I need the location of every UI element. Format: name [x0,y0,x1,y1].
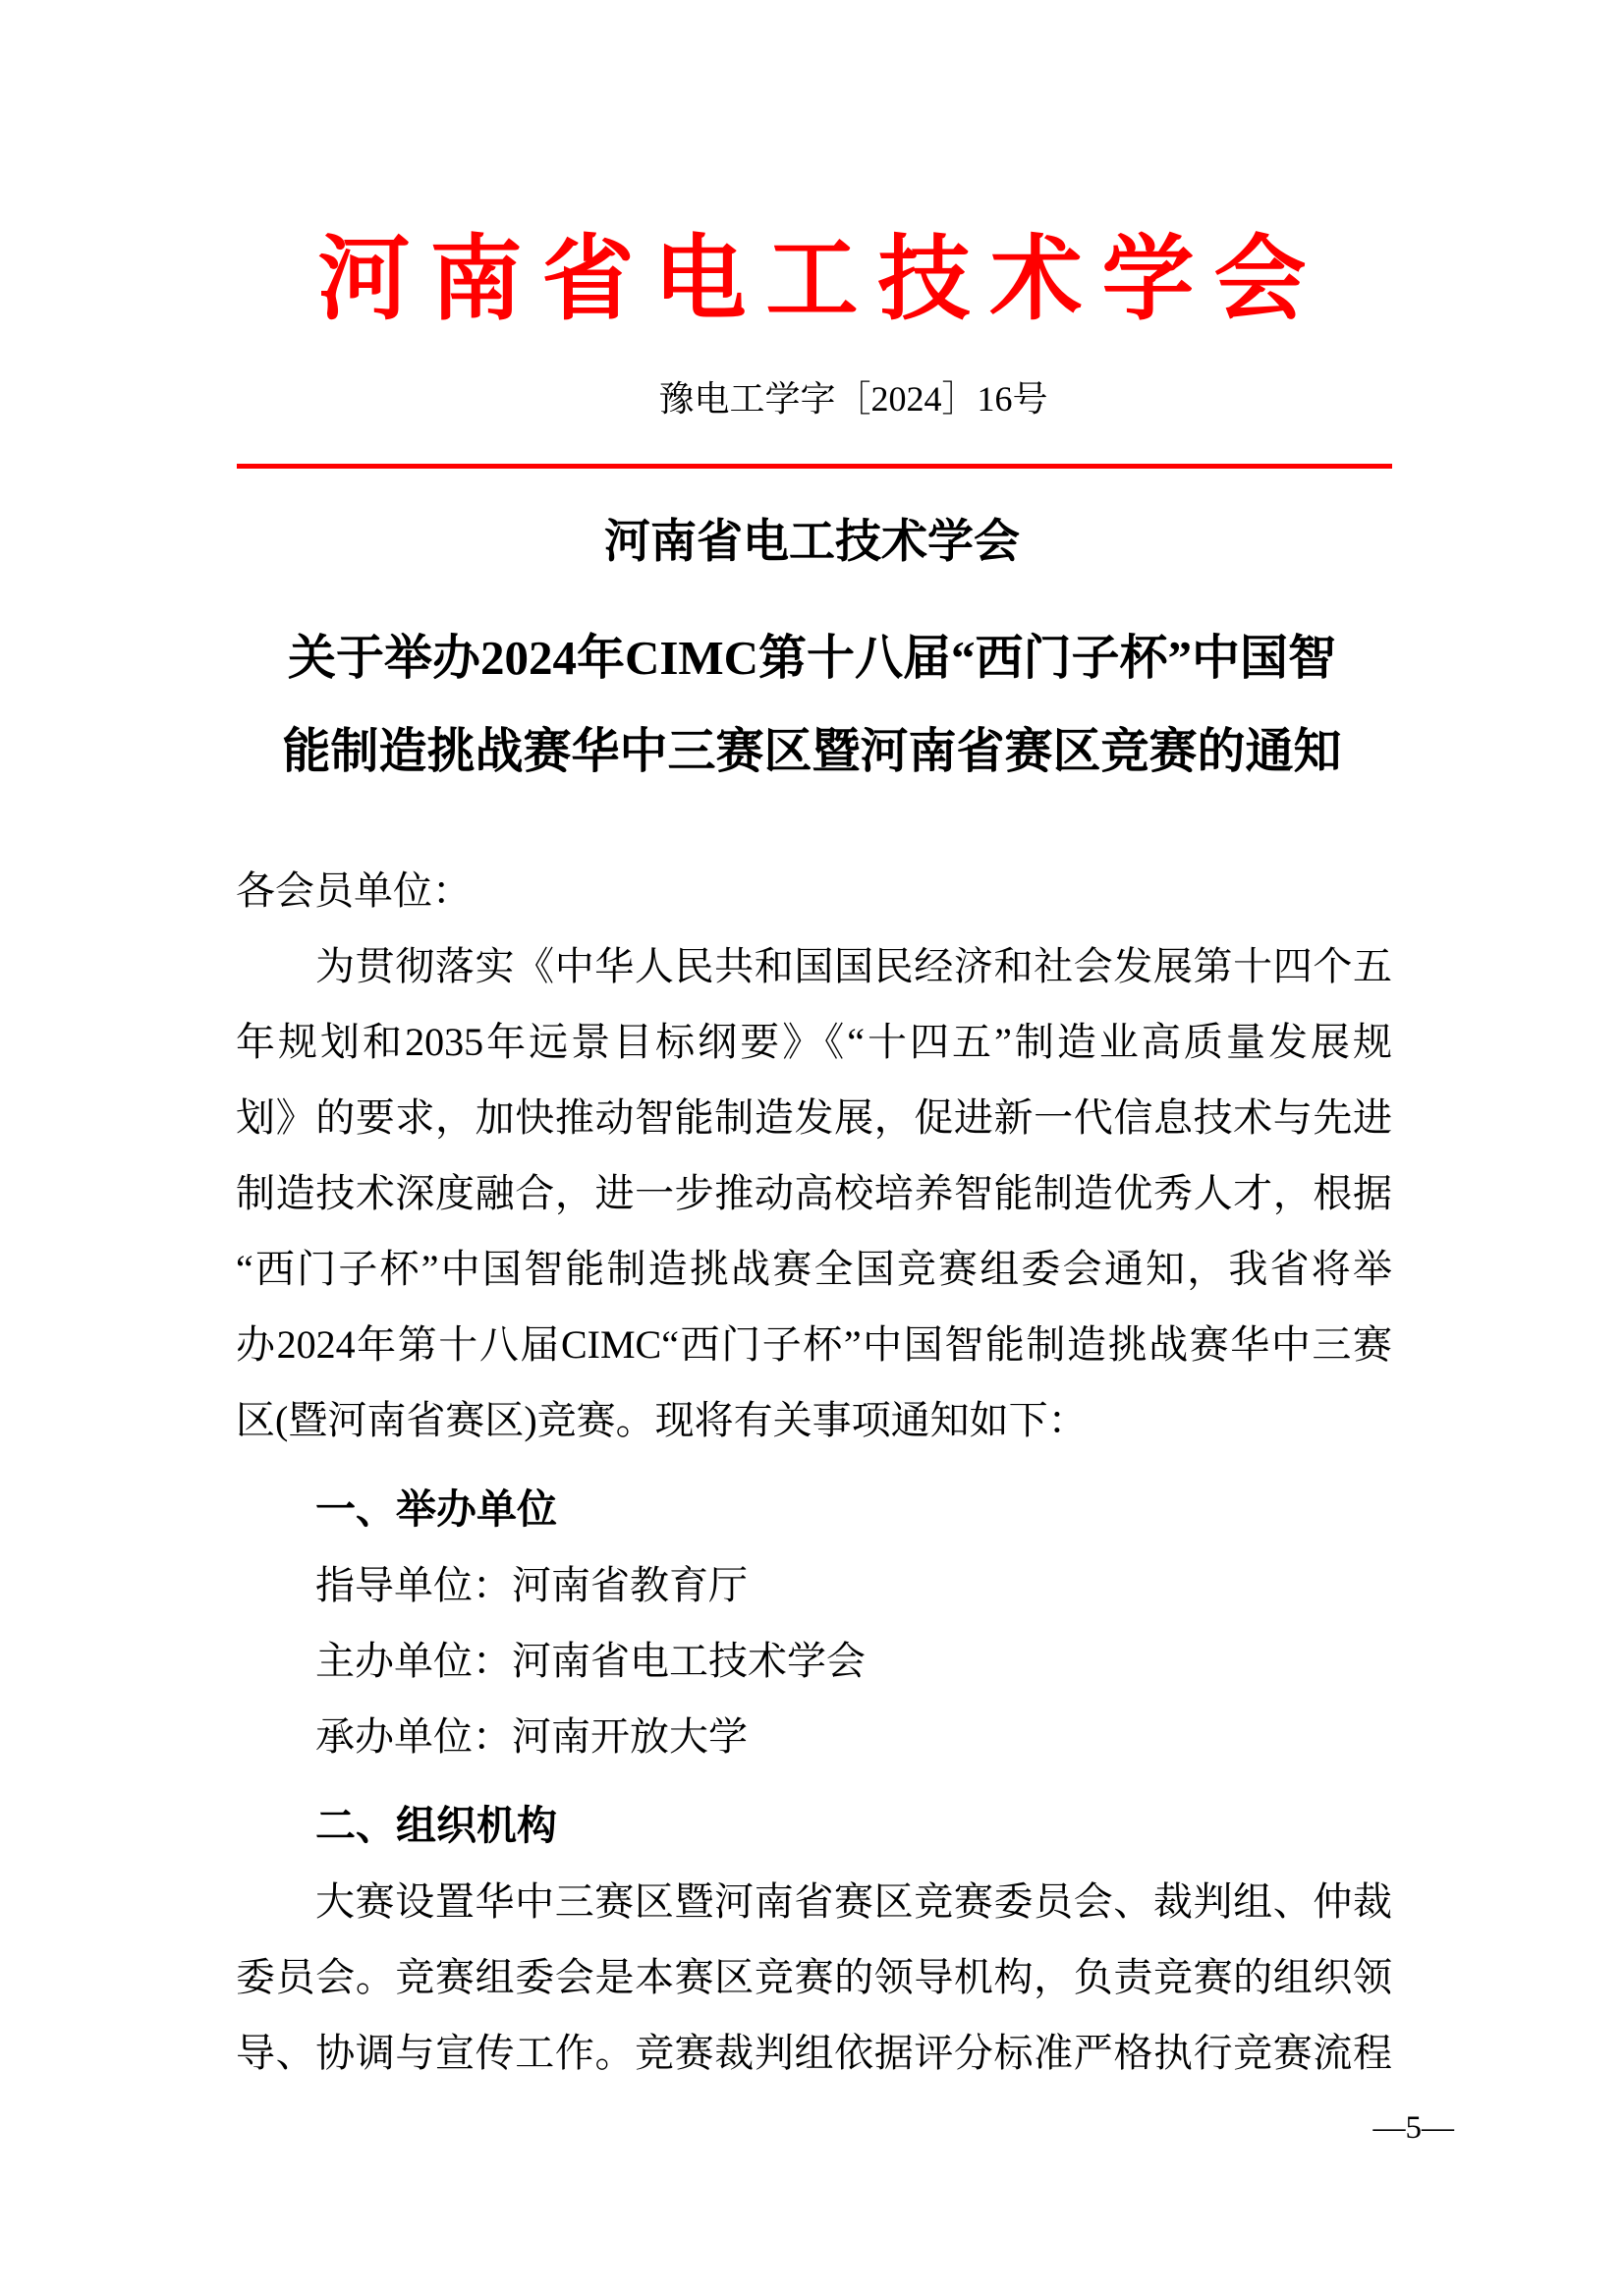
body-line: 为贯彻落实《中华人民共和国国民经济和社会发展第十四个五 [236,928,1392,1004]
body-line: 办2024年第十八届CIMC“西门子杯”中国智能制造挑战赛华中三赛 [236,1307,1392,1382]
body-line: 导、协调与宣传工作。竞赛裁判组依据评分标准严格执行竞赛流程 [236,2015,1392,2091]
section-heading-1: 一、举办单位 [236,1472,1392,1547]
body-line: 承办单位：河南开放大学 [236,1699,1392,1774]
subject-title-line-2: 能制造挑战赛华中三赛区暨河南省赛区竞赛的通知 [0,704,1624,798]
letterhead-org-banner: 河南省电工技术学会 [0,234,1624,326]
body-line: 区(暨河南省赛区)竞赛。现将有关事项通知如下： [236,1382,1392,1458]
document-page: 河南省电工技术学会 豫电工学字［2024］16号 河南省电工技术学会 关于举办2… [0,0,1624,2296]
subject-title: 关于举办2024年CIMC第十八届“西门子杯”中国智 能制造挑战赛华中三赛区暨河… [0,611,1624,798]
body-line: 委员会。竞赛组委会是本赛区竞赛的领导机构，负责竞赛的组织领 [236,1939,1392,2015]
body-line: 大赛设置华中三赛区暨河南省赛区竞赛委员会、裁判组、仲裁 [236,1864,1392,1939]
subject-title-line-1: 关于举办2024年CIMC第十八届“西门子杯”中国智 [0,611,1624,704]
org-title: 河南省电工技术学会 [0,515,1624,570]
body-text: 各会员单位： 为贯彻落实《中华人民共和国国民经济和社会发展第十四个五 年规划和2… [236,853,1392,2091]
body-line: 制造技术深度融合，进一步推动高校培养智能制造优秀人才，根据 [236,1155,1392,1231]
body-line: 指导单位：河南省教育厅 [236,1547,1392,1623]
body-line: “西门子杯”中国智能制造挑战赛全国竞赛组委会通知，我省将举 [236,1231,1392,1307]
doc-number-row: 豫电工学字［2024］16号 [0,377,1624,420]
salutation: 各会员单位： [236,853,1392,928]
body-line: 划》的要求，加快推动智能制造发展，促进新一代信息技术与先进 [236,1080,1392,1155]
body-line: 主办单位：河南省电工技术学会 [236,1623,1392,1699]
page-number: —5— [1373,2110,1455,2146]
body-line: 年规划和2035年远景目标纲要》《“十四五”制造业高质量发展规 [236,1004,1392,1080]
doc-number: 豫电工学字［2024］16号 [658,379,1047,419]
section-heading-2: 二、组织机构 [236,1788,1392,1864]
red-separator-line [237,464,1392,469]
